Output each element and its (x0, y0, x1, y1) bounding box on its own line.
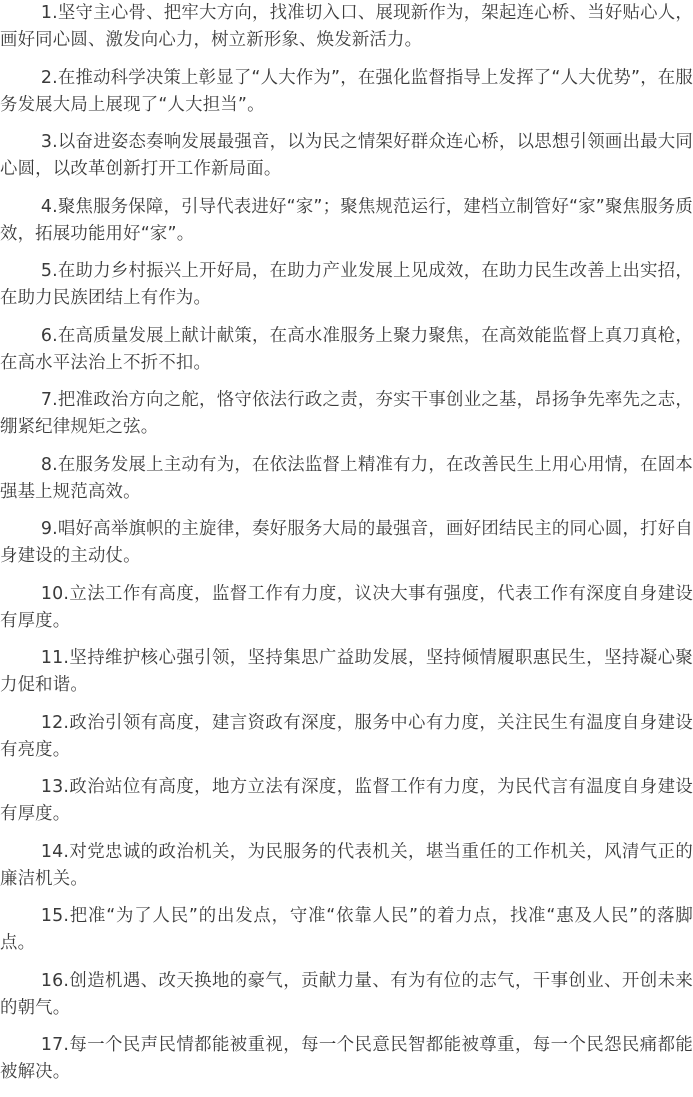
paragraph-13: 13.政治站位有高度，地方立法有深度，监督工作有力度，为民代言有温度自身建设有厚… (0, 774, 693, 839)
article-body: 1.坚守主心骨、把牢大方向，找准切入口、展现新作为，架起连心桥、当好贴心人，画好… (0, 0, 693, 1097)
paragraph-12: 12.政治引领有高度，建言资政有深度，服务中心有力度，关注民生有温度自身建设有亮… (0, 710, 693, 775)
paragraph-17: 17.每一个民声民情都能被重视，每一个民意民智都能被尊重，每一个民怨民痛都能被解… (0, 1032, 693, 1097)
paragraph-2: 2.在推动科学决策上彰显了“人大作为”，在强化监督指导上发挥了“人大优势”，在服… (0, 65, 693, 130)
paragraph-5: 5.在助力乡村振兴上开好局，在助力产业发展上见成效，在助力民生改善上出实招，在助… (0, 258, 693, 323)
paragraph-16: 16.创造机遇、改天换地的豪气，贡献力量、有为有位的志气，干事创业、开创未来的朝… (0, 968, 693, 1033)
paragraph-10: 10.立法工作有高度，监督工作有力度，议决大事有强度，代表工作有深度自身建设有厚… (0, 581, 693, 646)
paragraph-3: 3.以奋进姿态奏响发展最强音，以为民之情架好群众连心桥，以思想引领画出最大同心圆… (0, 129, 693, 194)
paragraph-6: 6.在高质量发展上献计献策，在高水准服务上聚力聚焦，在高效能监督上真刀真枪，在高… (0, 323, 693, 388)
paragraph-1: 1.坚守主心骨、把牢大方向，找准切入口、展现新作为，架起连心桥、当好贴心人，画好… (0, 0, 693, 65)
paragraph-15: 15.把准“为了人民”的出发点，守准“依靠人民”的着力点，找准“惠及人民”的落脚… (0, 903, 693, 968)
paragraph-7: 7.把准政治方向之舵，恪守依法行政之责，夯实干事创业之基，昂扬争先率先之志，绷紧… (0, 387, 693, 452)
paragraph-8: 8.在服务发展上主动有为，在依法监督上精准有力，在改善民生上用心用情，在固本强基… (0, 452, 693, 517)
paragraph-11: 11.坚持维护核心强引领，坚持集思广益助发展，坚持倾情履职惠民生，坚持凝心聚力促… (0, 645, 693, 710)
paragraph-9: 9.唱好高举旗帜的主旋律，奏好服务大局的最强音，画好团结民主的同心圆，打好自身建… (0, 516, 693, 581)
paragraph-4: 4.聚焦服务保障，引导代表进好“家”；聚焦规范运行，建档立制管好“家”聚焦服务质… (0, 194, 693, 259)
paragraph-14: 14.对党忠诚的政治机关，为民服务的代表机关，堪当重任的工作机关，风清气正的廉洁… (0, 839, 693, 904)
